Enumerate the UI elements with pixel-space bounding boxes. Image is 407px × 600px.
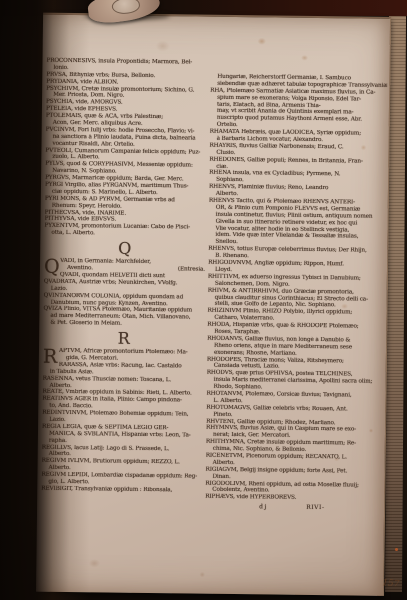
handwritten-folio-number: 157 xyxy=(382,578,400,589)
catchword: RIVI- xyxy=(306,505,324,512)
fingernail xyxy=(111,0,141,15)
text-column-left: PROCONNESIVS, insula Propontidis; Marmor… xyxy=(41,58,207,495)
orange-speck xyxy=(395,548,398,551)
text-column-right: Hungariæ, Reicherstorff Germaniæ, I. Sam… xyxy=(205,60,387,513)
entry-line: RIPHÆVS, vide HYPERBOREVS. xyxy=(205,494,382,503)
section-heading-letter: Q xyxy=(44,239,205,259)
drop-cap-letter: R xyxy=(43,348,57,367)
signature-mark: d j xyxy=(259,505,266,512)
line-turnover: (Entresia. xyxy=(178,266,205,273)
book-page: PROCONNESIVS, insula Propontidis; Marmor… xyxy=(36,13,391,596)
book-photograph: PROCONNESIVS, insula Propontidis; Marmor… xyxy=(0,0,407,600)
section-heading-letter: R xyxy=(43,329,204,349)
drop-cap-letter: Q xyxy=(44,258,58,277)
entry-line: REVIBIGIT, Transylvaniæ oppidum : Ribons… xyxy=(41,486,202,495)
